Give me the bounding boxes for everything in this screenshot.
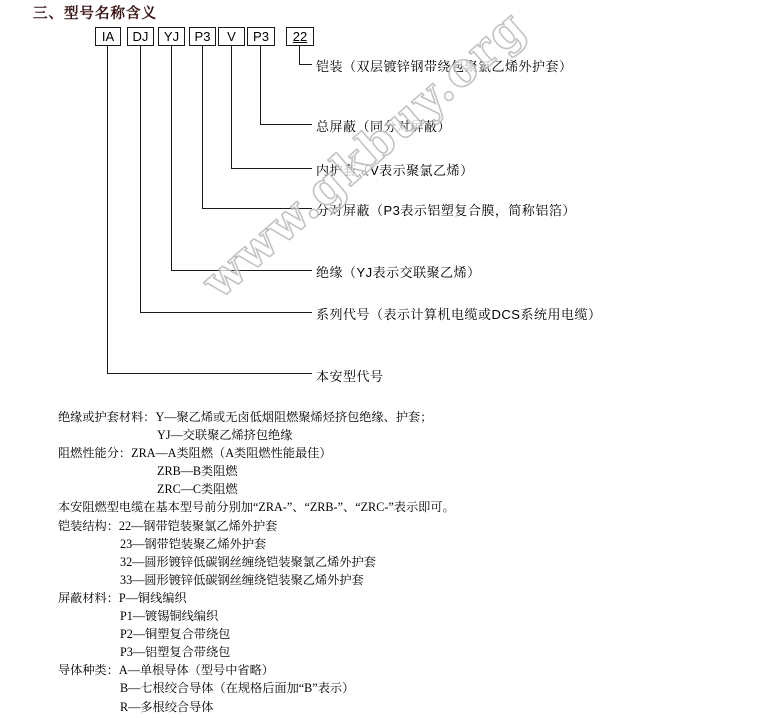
code-box-v: V	[218, 27, 245, 46]
connector-v-v	[231, 46, 232, 168]
connector-h-v	[231, 168, 312, 169]
note-armour-32: 32—圆形镀锌低碳钢丝缠绕铠装聚氯乙烯外护套	[0, 553, 762, 571]
code-box-p3-overall: P3	[247, 27, 275, 46]
meaning-pair-shield: 分对屏蔽（P3表示铝塑复合膜，简称铝箔）	[316, 200, 576, 219]
note-conductor-type: 导体种类：A—单根导体（型号中省略）	[0, 661, 762, 679]
meaning-inner-sheath: 内护套（V表示聚氯乙烯）	[316, 160, 474, 179]
code-box-p3-pair: P3	[189, 27, 216, 46]
note-conductor-b: B—七根绞合导体（在规格后面加“B”表示）	[0, 679, 762, 697]
connector-v-p3-overall	[260, 46, 261, 124]
note-shield-material: 屏蔽材料：P—铜线编织	[0, 589, 762, 607]
connector-v-dj	[140, 46, 141, 312]
note-armour-structure: 铠装结构：22—钢带铠装聚氯乙烯外护套	[0, 517, 762, 535]
connector-v-22	[299, 46, 300, 64]
note-flame-prefix: 本安阻燃型电缆在基本型号前分别加“ZRA-”、“ZRB-”、“ZRC-”表示即可…	[0, 498, 762, 516]
note-armour-23: 23—钢带铠装聚乙烯外护套	[0, 535, 762, 553]
connector-h-dj	[140, 312, 312, 313]
code-box-22: 22	[286, 27, 314, 46]
note-shield-p2: P2—铜塑复合带绕包	[0, 625, 762, 643]
connector-h-p3-overall	[260, 124, 312, 125]
notes-block: 绝缘或护套材料：Y—聚乙烯或无卤低烟阻燃聚烯烃挤包绝缘、护套； YJ—交联聚乙烯…	[0, 408, 762, 716]
meaning-insulation: 绝缘（YJ表示交联聚乙烯）	[316, 262, 481, 281]
note-insulation-yj: YJ—交联聚乙烯挤包绝缘	[0, 426, 762, 444]
connector-v-p3-pair	[202, 46, 203, 208]
connector-h-p3-pair	[202, 208, 312, 209]
note-flame-retardant: 阻燃性能分：ZRA—A类阻燃（A类阻燃性能最佳）	[0, 444, 762, 462]
meaning-overall-shield: 总屏蔽（同分对屏蔽）	[316, 116, 451, 135]
meaning-intrinsic-safety: 本安型代号	[316, 366, 384, 385]
connector-h-ia	[107, 373, 312, 374]
note-insulation-material: 绝缘或护套材料：Y—聚乙烯或无卤低烟阻燃聚烯烃挤包绝缘、护套；	[0, 408, 762, 426]
connector-h-yj	[171, 270, 312, 271]
connector-v-yj	[171, 46, 172, 270]
connector-h-22	[299, 64, 312, 65]
code-box-ia: IA	[95, 27, 121, 46]
meaning-armour: 铠装（双层镀锌钢带绕包聚氯乙烯外护套）	[316, 56, 573, 75]
note-shield-p3: P3—铝塑复合带绕包	[0, 643, 762, 661]
meaning-series-code: 系列代号（表示计算机电缆或DCS系统用电缆）	[316, 304, 601, 323]
connector-v-ia	[107, 46, 108, 373]
section-title: 三、型号名称含义	[33, 2, 157, 23]
note-flame-zrb: ZRB—B类阻燃	[0, 462, 762, 480]
note-armour-33: 33—圆形镀锌低碳钢丝缠绕铠装聚乙烯外护套	[0, 571, 762, 589]
note-conductor-r: R—多根绞合导体	[0, 698, 762, 716]
note-flame-zrc: ZRC—C类阻燃	[0, 480, 762, 498]
code-box-dj: DJ	[127, 27, 154, 46]
note-shield-p1: P1—镀锡铜线编织	[0, 607, 762, 625]
code-box-yj: YJ	[158, 27, 185, 46]
document-page: 三、型号名称含义 IA DJ YJ P3 V P3 22 铠装（双层镀锌钢带绕包…	[0, 0, 762, 718]
